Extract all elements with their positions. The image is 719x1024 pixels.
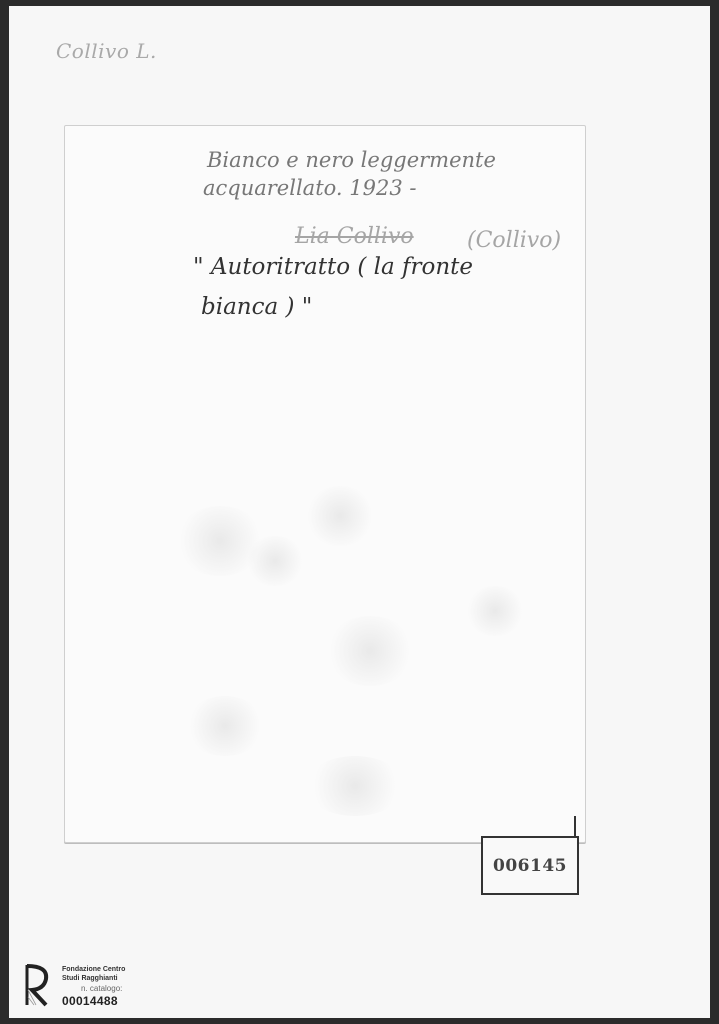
stain: [185, 696, 265, 756]
stain: [465, 586, 525, 636]
stain: [305, 756, 405, 816]
stain: [325, 616, 415, 686]
stain: [245, 536, 305, 586]
catalog-number: 00014488: [62, 994, 118, 1008]
handwriting-title-line-2: bianca ) ": [201, 294, 312, 320]
stain: [305, 486, 375, 546]
photo-edge-line: [574, 816, 576, 838]
institution-line-2: Studi Ragghianti: [62, 974, 125, 983]
handwriting-line-1: Bianco e nero leggermente: [207, 148, 496, 172]
handwriting-title-line-1: " Autoritratto ( la fronte: [193, 254, 473, 280]
handwriting-name-paren: (Collivo): [467, 228, 561, 253]
catalog-label: n. catalogo:: [81, 984, 122, 993]
handwriting-crossed-name: Lia Collivo: [295, 224, 414, 249]
archive-sheet: Collivo L. Bianco e nero leggermente acq…: [9, 6, 710, 1018]
institution-name: Fondazione Centro Studi Ragghianti: [62, 965, 125, 983]
top-note: Collivo L.: [56, 39, 157, 63]
ragghianti-logo-icon: [24, 963, 50, 1007]
inventory-number-stamp: 006145: [481, 836, 579, 895]
handwriting-line-2: acquarellato. 1923 -: [203, 176, 416, 200]
photo-back: Bianco e nero leggermente acquarellato. …: [64, 125, 586, 843]
institution-line-1: Fondazione Centro: [62, 965, 125, 974]
